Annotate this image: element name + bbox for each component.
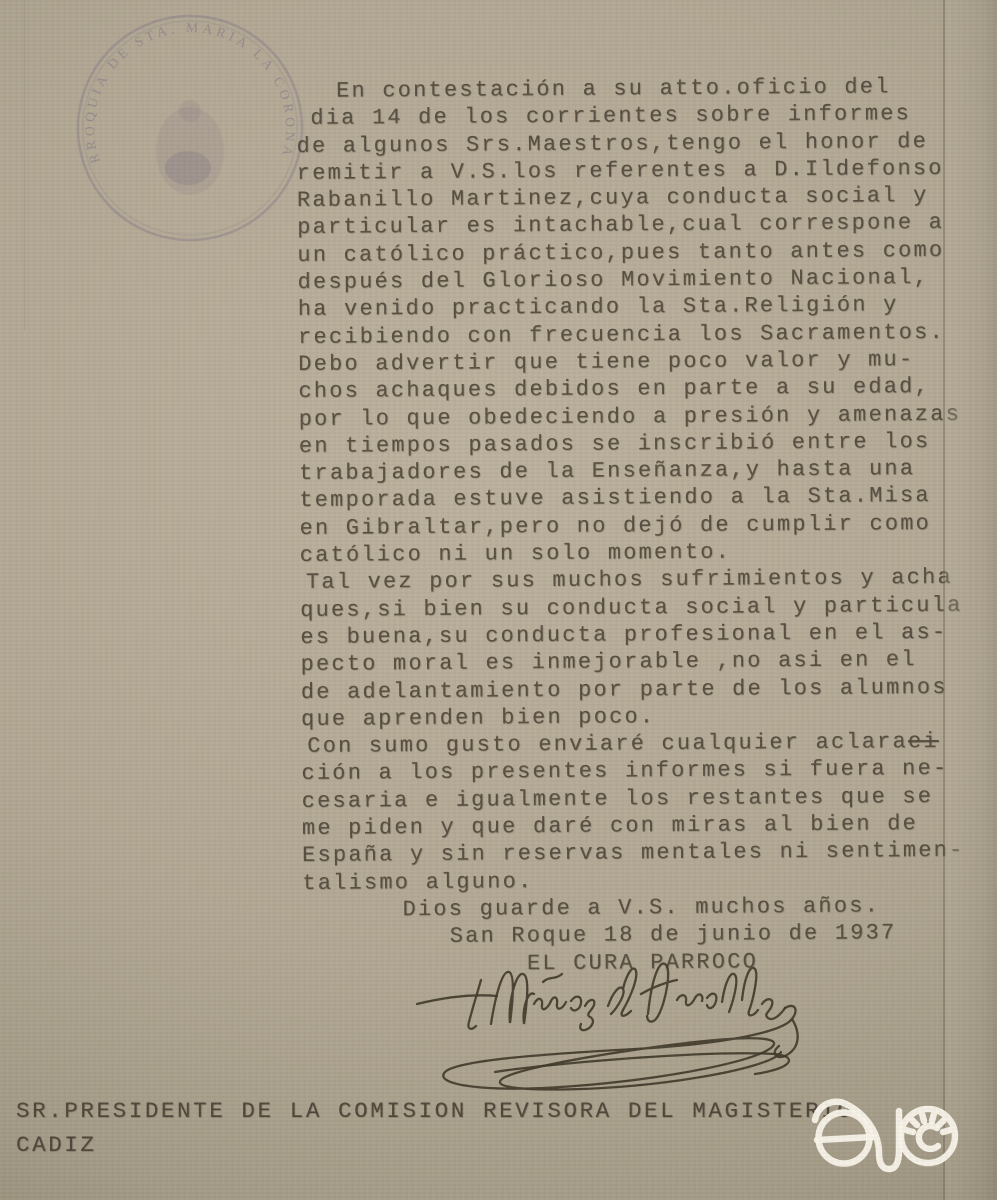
parish-stamp: PARROQUIA DE STA. MARIA LA CORONADA <box>62 6 318 254</box>
fold-crease <box>943 0 997 1200</box>
addressee-city: CADIZ <box>16 1128 853 1162</box>
letter-body: En contestación a su atto.oficio deldia … <box>296 73 997 979</box>
stamp-smudge <box>165 151 211 185</box>
signature-autograph <box>405 952 805 1112</box>
paper-crease <box>24 0 25 330</box>
watermark-right-eye <box>901 1109 955 1163</box>
document-photo: PARROQUIA DE STA. MARIA LA CORONADA En c… <box>0 0 997 1200</box>
watermark-logo-icon <box>788 1058 997 1200</box>
